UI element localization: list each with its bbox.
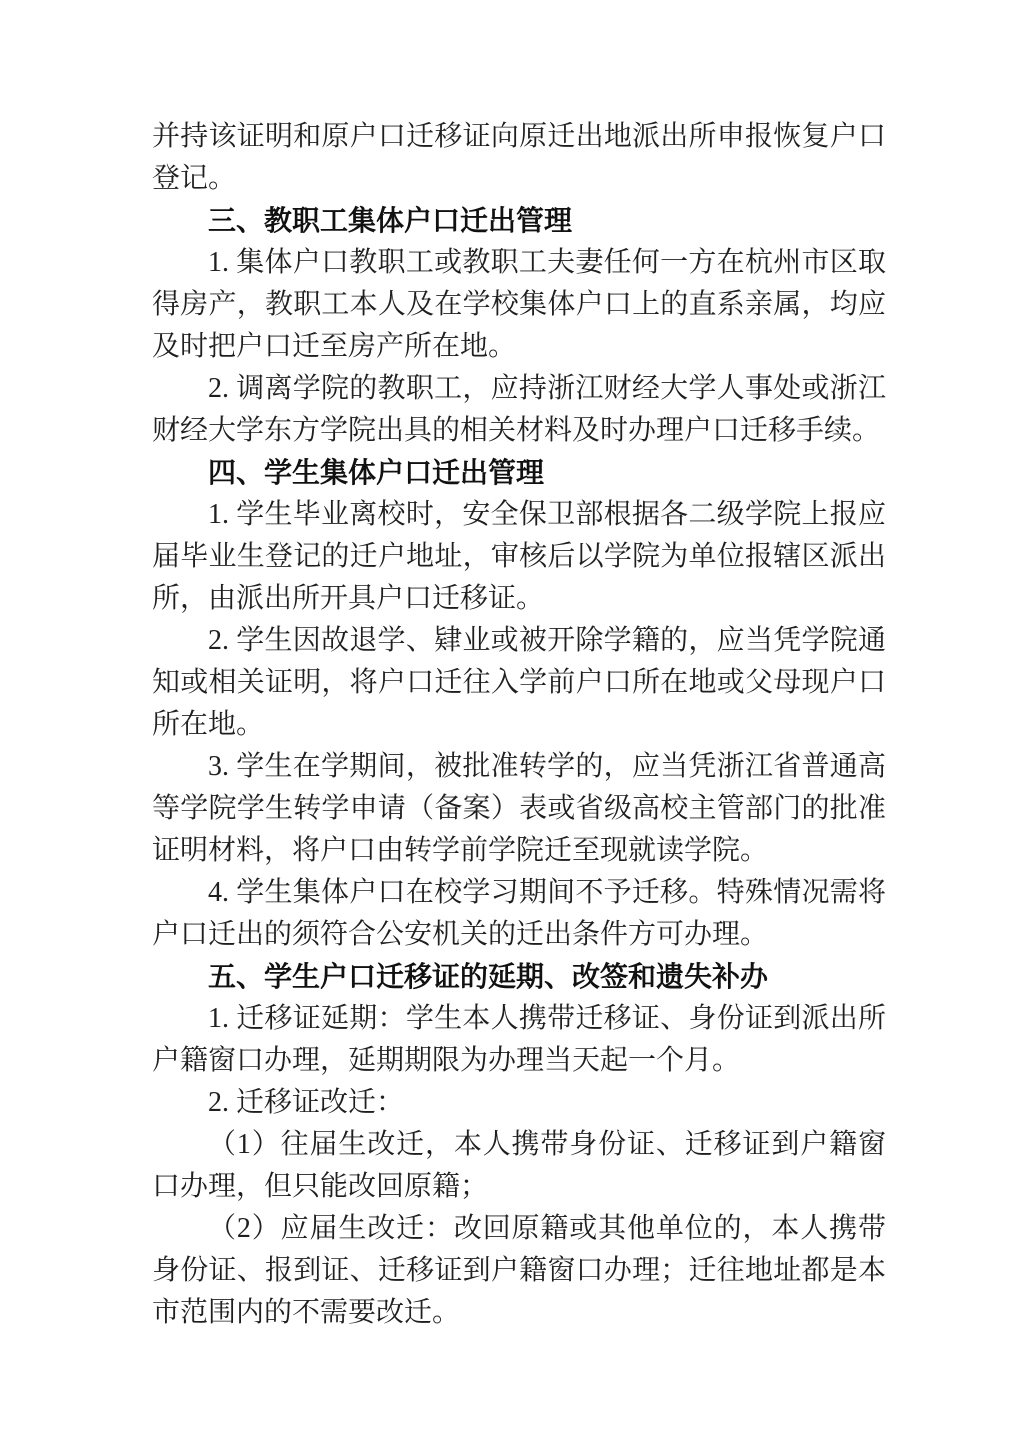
paragraph: 2. 学生因故退学、肄业或被开除学籍的，应当凭学院通知或相关证明，将户口迁往入学… bbox=[152, 620, 886, 746]
paragraph: 1. 迁移证延期：学生本人携带迁移证、身份证到派出所户籍窗口办理，延期期限为办理… bbox=[152, 998, 886, 1082]
paragraph: 4. 学生集体户口在校学习期间不予迁移。特殊情况需将户口迁出的须符合公安机关的迁… bbox=[152, 872, 886, 956]
paragraph: （2）应届生改迁：改回原籍或其他单位的，本人携带身份证、报到证、迁移证到户籍窗口… bbox=[152, 1208, 886, 1334]
paragraph: 3. 学生在学期间，被批准转学的，应当凭浙江省普通高等学院学生转学申请（备案）表… bbox=[152, 746, 886, 872]
paragraph: 1. 集体户口教职工或教职工夫妻任何一方在杭州市区取得房产，教职工本人及在学校集… bbox=[152, 242, 886, 368]
section-heading: 四、学生集体户口迁出管理 bbox=[152, 452, 886, 494]
paragraph: 2. 调离学院的教职工，应持浙江财经大学人事处或浙江财经大学东方学院出具的相关材… bbox=[152, 368, 886, 452]
document-body: 并持该证明和原户口迁移证向原迁出地派出所申报恢复户口登记。三、教职工集体户口迁出… bbox=[152, 116, 886, 1334]
paragraph: 并持该证明和原户口迁移证向原迁出地派出所申报恢复户口登记。 bbox=[152, 116, 886, 200]
paragraph: 2. 迁移证改迁： bbox=[152, 1082, 886, 1124]
section-heading: 三、教职工集体户口迁出管理 bbox=[152, 200, 886, 242]
paragraph: （1）往届生改迁，本人携带身份证、迁移证到户籍窗口办理，但只能改回原籍； bbox=[152, 1124, 886, 1208]
section-heading: 五、学生户口迁移证的延期、改签和遗失补办 bbox=[152, 956, 886, 998]
document-page: 并持该证明和原户口迁移证向原迁出地派出所申报恢复户口登记。三、教职工集体户口迁出… bbox=[0, 0, 1024, 1448]
paragraph: 1. 学生毕业离校时，安全保卫部根据各二级学院上报应届毕业生登记的迁户地址，审核… bbox=[152, 494, 886, 620]
